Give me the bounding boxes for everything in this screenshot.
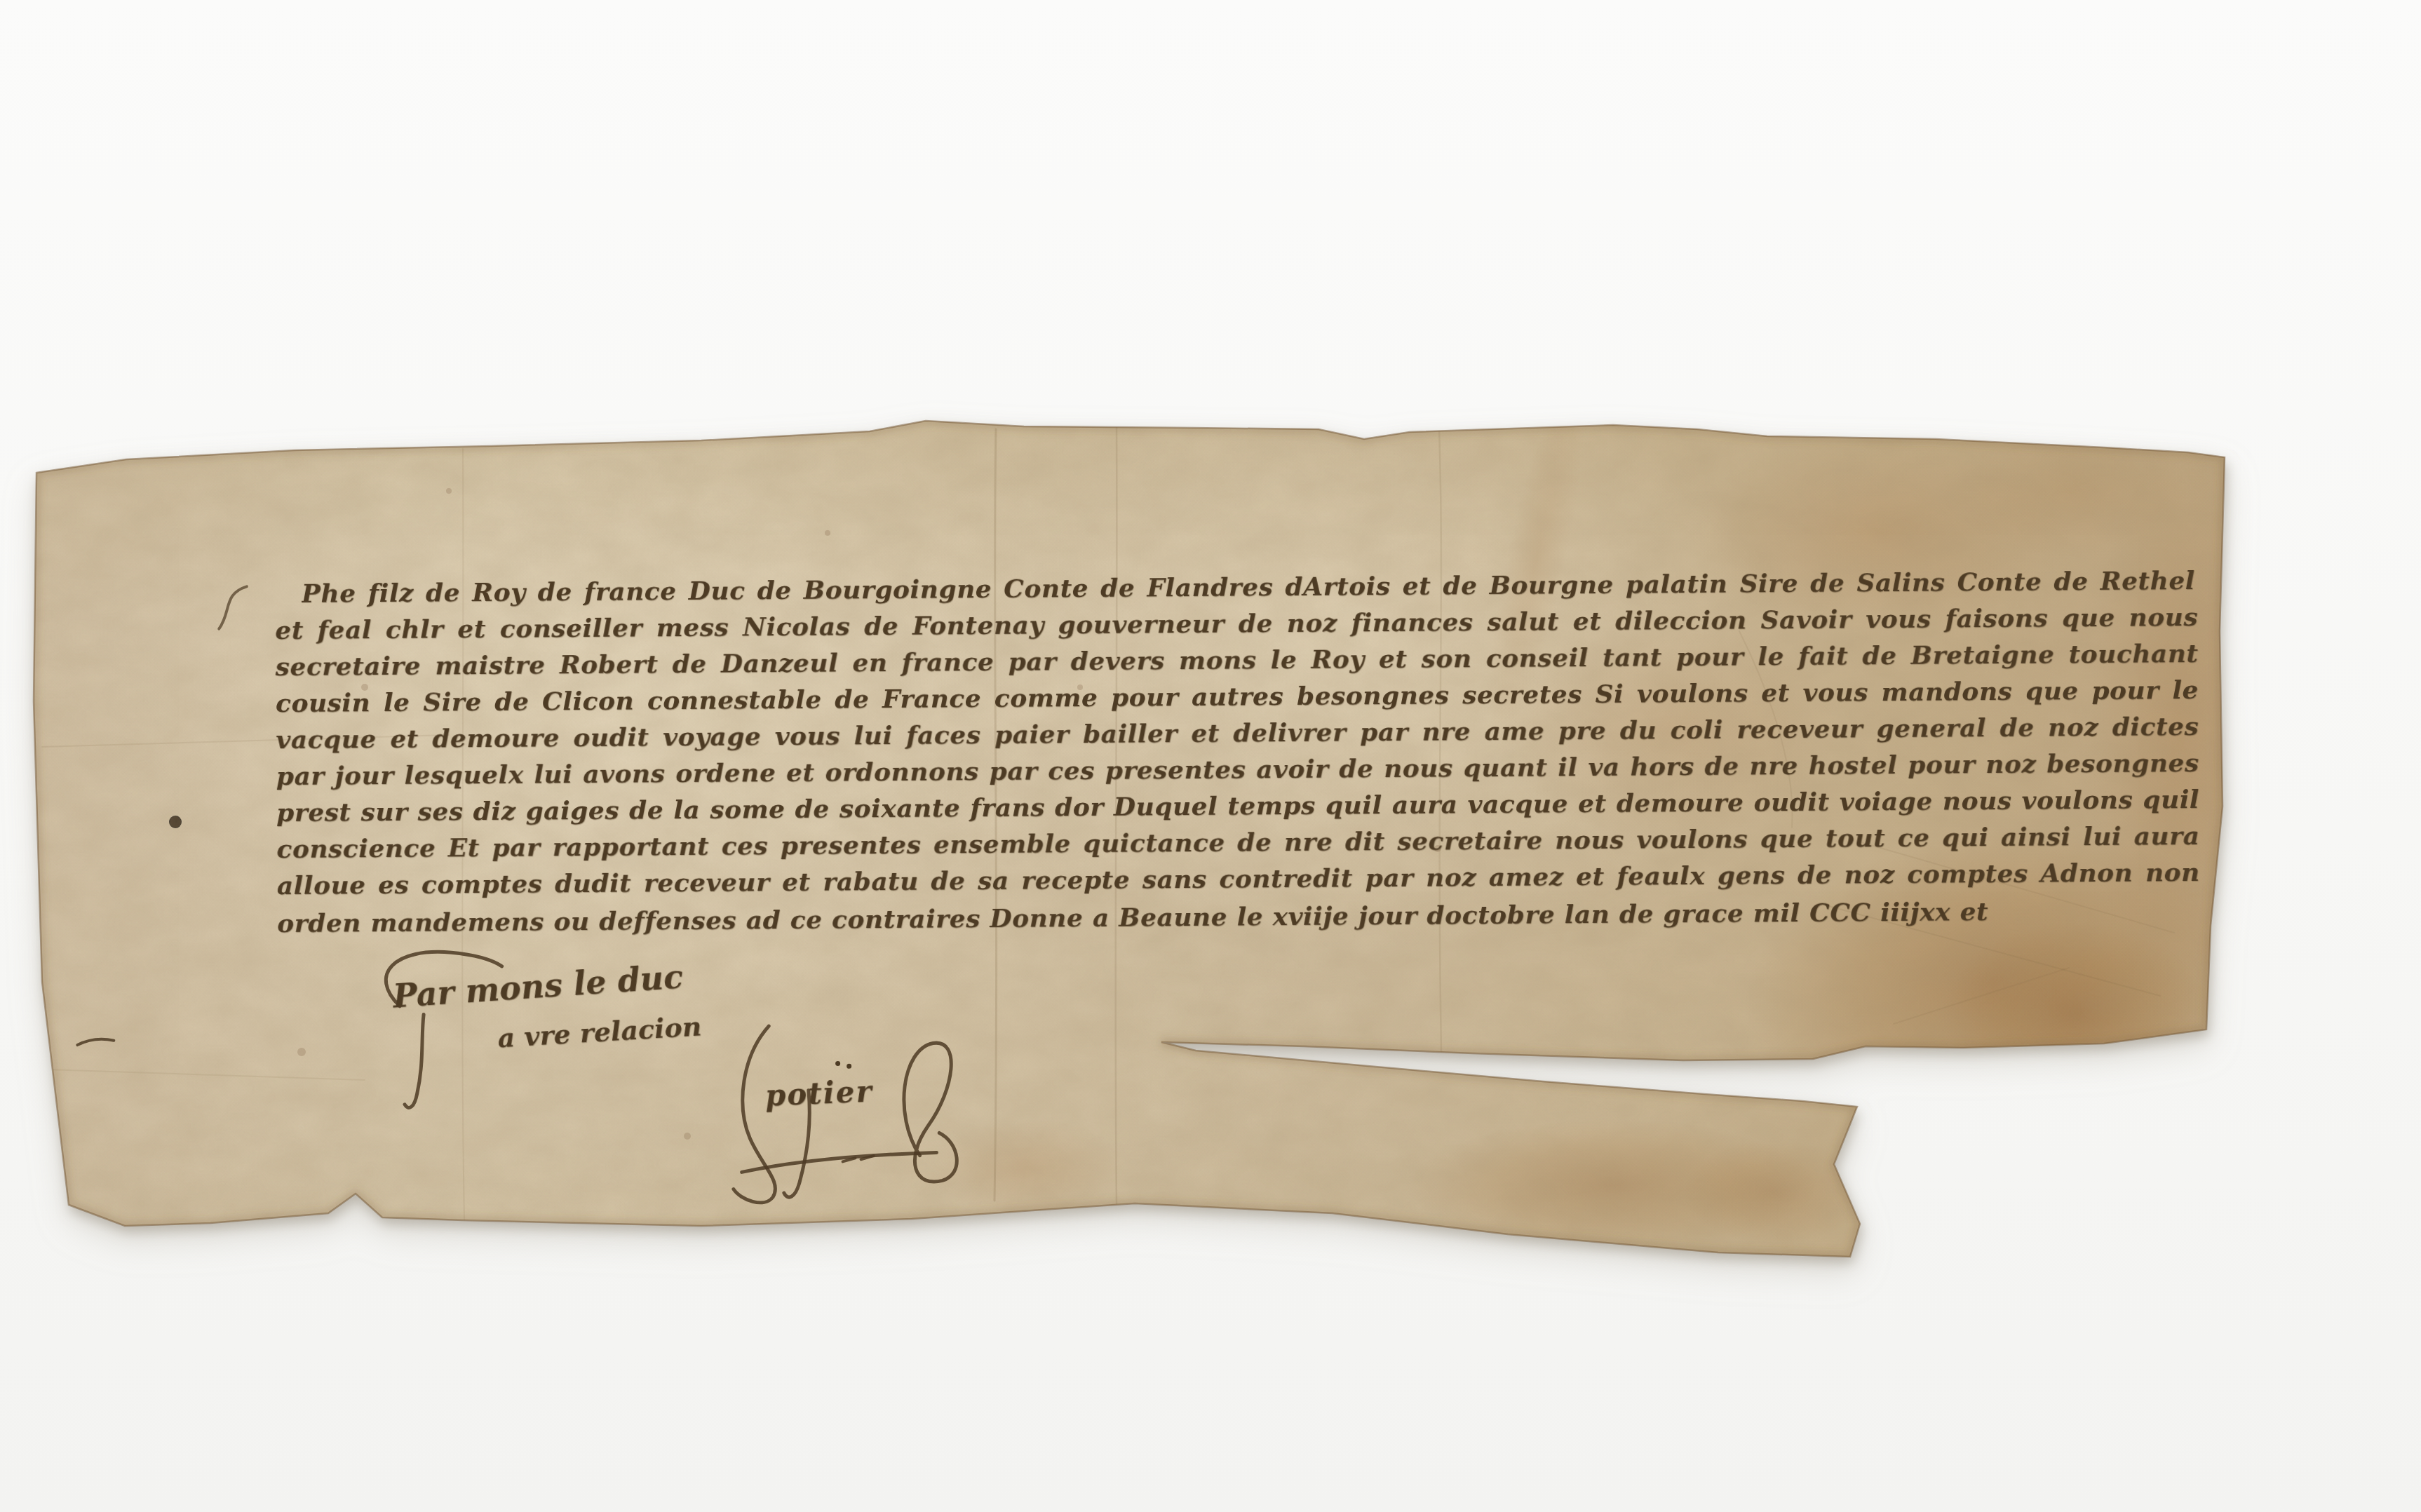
parchment-photo (0, 0, 2421, 1512)
grain-texture-fine (21, 393, 2251, 1304)
photograph: Phe filz de Roy de france Duc de Bourgoi… (0, 0, 2421, 1512)
